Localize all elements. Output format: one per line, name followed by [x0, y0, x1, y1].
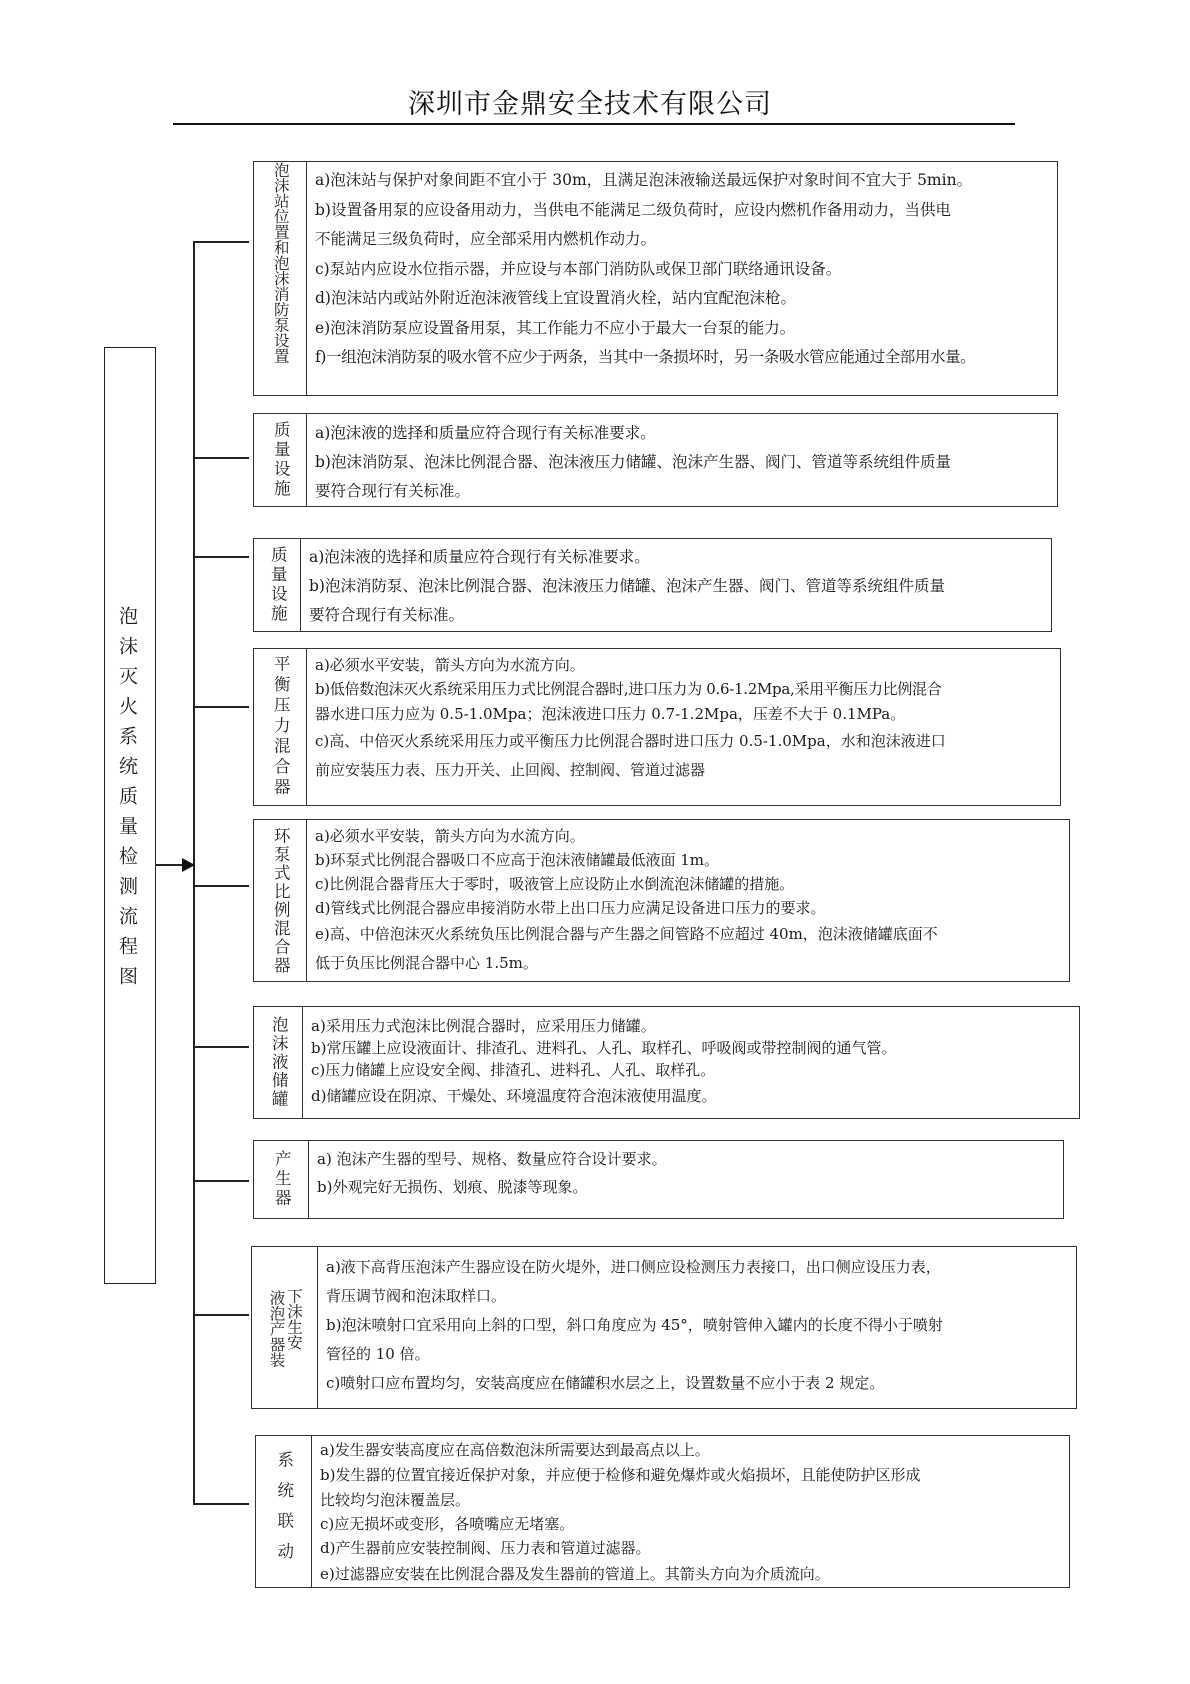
section-quality-facilities: 质量设施 a)泡沫液的选择和质量应符合现行有关标准要求。 b)泡沫消防泵、泡沫比… [253, 413, 1058, 507]
rule-item: b)泡沫喷射口宜采用向上斜的口型，斜口角度应为 45°，喷射管伸入罐内的长度不得… [326, 1311, 1070, 1340]
section-heading: 平衡压力混合器 [272, 655, 289, 799]
rule-item: e)高、中倍泡沫灭火系统负压比例混合器与产生器之间管路不应超过 40m，泡沫液储… [315, 920, 1063, 948]
rule-item: e)过滤器应安装在比例混合器及发生器前的管道上。其箭头方向为介质流向。 [320, 1560, 1063, 1588]
rule-item: d)泡沫站内或站外附近泡沫液管线上宜设置消火栓，站内宜配泡沫枪。 [315, 284, 1051, 314]
rule-item: d)储罐应设在阴凉、干燥处、环境温度符合泡沫液使用温度。 [311, 1081, 1073, 1111]
section-heading-col-1: 液泡产器装 [268, 1290, 284, 1368]
rule-item: a)液下高背压泡沫产生器应设在防火堤外，进口侧应设检测压力表接口，出口侧应设压力… [326, 1253, 1070, 1282]
branch-line-8 [193, 1314, 249, 1316]
root-node: 泡沫灭火系统质量检测流程图 [104, 347, 156, 1284]
company-title: 深圳市金鼎安全技术有限公司 [160, 82, 1020, 121]
branch-line-4 [193, 706, 249, 708]
rule-item: 低于负压比例混合器中心 1.5m。 [315, 948, 1063, 978]
rule-item: a)必须水平安装，箭头方向为水流方向。 [315, 824, 1063, 848]
rule-item: a)发生器安装高度应在高倍数泡沫所需要达到最高点以上。 [320, 1439, 1063, 1462]
rule-item: 管径的 10 倍。 [326, 1340, 1070, 1369]
rule-item: b)低倍数泡沫灭火系统采用压力式比例混合器时,进口压力为 0.6-1.2Mpa,… [315, 677, 1054, 702]
rule-item: f)一组泡沫消防泵的吸水管不应少于两条，当其中一条损坏时，另一条吸水管应能通过全… [315, 343, 1051, 373]
branch-line-3 [193, 556, 249, 558]
section-generator: 产生器 a) 泡沫产生器的型号、规格、数量应符合设计要求。 b)外观完好无损伤、… [253, 1140, 1064, 1219]
rule-item: 背压调节阀和泡沫取样口。 [326, 1282, 1070, 1311]
branch-line-5 [193, 885, 249, 887]
rule-item: a)采用压力式泡沫比例混合器时，应采用压力储罐。 [311, 1015, 1073, 1037]
rule-item: b)外观完好无损伤、划痕、脱漆等现象。 [317, 1173, 1057, 1201]
rule-item: c)比例混合器背压大于零时，吸液管上应设防止水倒流泡沫储罐的措施。 [315, 872, 1063, 896]
rule-item: c)泵站内应设水位指示器，并应设与本部门消防队或保卫部门联络通讯设备。 [315, 255, 1051, 285]
rule-item: 要符合现行有关标准。 [315, 477, 1051, 506]
section-heading: 产生器 [273, 1150, 290, 1209]
rule-item: 要符合现行有关标准。 [309, 601, 1045, 630]
rule-item: c)压力储罐上应设安全阀、排渣孔、进料孔、人孔、取样孔。 [311, 1059, 1073, 1081]
section-heading: 质量设施 [269, 546, 286, 624]
rule-item: 比较均匀泡沫覆盖层。 [320, 1488, 1063, 1512]
rule-item: b)常压罐上应设液面计、排渣孔、进料孔、人孔、取样孔、呼吸阀或带控制阀的通气管。 [311, 1037, 1073, 1059]
rule-item: c)高、中倍灭火系统采用压力或平衡压力比例混合器时进口压力 0.5-1.0Mpa… [315, 727, 1054, 756]
rule-item: b)泡沫消防泵、泡沫比例混合器、泡沫液压力储罐、泡沫产生器、阀门、管道等系统组件… [315, 448, 1051, 477]
section-balanced-pressure-mixer: 平衡压力混合器 a)必须水平安装，箭头方向为水流方向。 b)低倍数泡沫灭火系统采… [253, 648, 1061, 806]
rule-item: a) 泡沫产生器的型号、规格、数量应符合设计要求。 [317, 1145, 1057, 1173]
rule-item: c)喷射口应布置均匀，安装高度应在储罐积水层之上，设置数量不应小于表 2 规定。 [326, 1369, 1070, 1398]
branch-line-2 [193, 457, 249, 459]
rule-item: b)环泵式比例混合器吸口不应高于泡沫液储罐最低液面 1m。 [315, 848, 1063, 872]
branch-line-9 [193, 1503, 249, 1505]
right-arrow-icon [182, 858, 195, 872]
branch-line-1 [193, 241, 249, 243]
rule-item: 器水进口压力应为 0.5-1.0Mpa；泡沫液进口压力 0.7-1.2Mpa，压… [315, 702, 1054, 727]
section-system-linkage: 系统联动 a)发生器安装高度应在高倍数泡沫所需要达到最高点以上。 b)发生器的位… [255, 1435, 1070, 1588]
section-heading: 质量设施 [272, 421, 289, 499]
section-subsurface-generator-install: 下沫生安 液泡产器装 a)液下高背压泡沫产生器应设在防火堤外，进口侧应设检测压力… [251, 1246, 1077, 1409]
branch-line-6 [193, 1046, 249, 1048]
rule-item: a)泡沫站与保护对象间距不宜小于 30m，且满足泡沫液输送最远保护对象时间不宜大… [315, 166, 1051, 196]
rule-item: b)泡沫消防泵、泡沫比例混合器、泡沫液压力储罐、泡沫产生器、阀门、管道等系统组件… [309, 572, 1045, 601]
rule-item: a)泡沫液的选择和质量应符合现行有关标准要求。 [309, 543, 1045, 572]
rule-item: d)产生器前应安装控制阀、压力表和管道过滤器。 [320, 1536, 1063, 1560]
section-heading: 泡沫站位置和泡沫消防泵设置 [272, 162, 288, 364]
rule-item: d)管线式比例混合器应串接消防水带上出口压力应满足设备进口压力的要求。 [315, 896, 1063, 920]
section-heading-col-2: 下沫生安 [286, 1288, 302, 1350]
rule-item: 不能满足三级负荷时，应全部采用内燃机作动力。 [315, 225, 1051, 255]
rule-item: e)泡沫消防泵应设置备用泵，其工作能力不应小于最大一台泵的能力。 [315, 314, 1051, 344]
root-label: 泡沫灭火系统质量检测流程图 [117, 606, 136, 996]
section-pump-station: 泡沫站位置和泡沫消防泵设置 a)泡沫站与保护对象间距不宜小于 30m，且满足泡沫… [253, 161, 1058, 396]
section-heading: 泡沫液储罐 [270, 1016, 287, 1109]
section-heading: 环泵式比例混合器 [272, 827, 289, 975]
section-ring-pump-mixer: 环泵式比例混合器 a)必须水平安装，箭头方向为水流方向。 b)环泵式比例混合器吸… [253, 819, 1070, 982]
rule-item: a)必须水平安装，箭头方向为水流方向。 [315, 653, 1054, 677]
section-heading: 系统联动 [275, 1451, 292, 1573]
section-quality-facilities-duplicate: 质量设施 a)泡沫液的选择和质量应符合现行有关标准要求。 b)泡沫消防泵、泡沫比… [253, 538, 1052, 632]
rule-item: b)发生器的位置宜接近保护对象，并应便于检修和避免爆炸或火焰损坏，且能使防护区形… [320, 1462, 1063, 1488]
title-underline [173, 123, 1015, 125]
rule-item: a)泡沫液的选择和质量应符合现行有关标准要求。 [315, 419, 1051, 448]
rule-item: 前应安装压力表、压力开关、止回阀、控制阀、管道过滤器 [315, 756, 1054, 785]
branch-line-7 [193, 1180, 249, 1182]
rule-item: b)设置备用泵的应设备用动力，当供电不能满足二级负荷时，应设内燃机作备用动力，当… [315, 196, 1051, 226]
section-foam-tank: 泡沫液储罐 a)采用压力式泡沫比例混合器时，应采用压力储罐。 b)常压罐上应设液… [253, 1006, 1080, 1119]
rule-item: c)应无损坏或变形，各喷嘴应无堵塞。 [320, 1512, 1063, 1536]
